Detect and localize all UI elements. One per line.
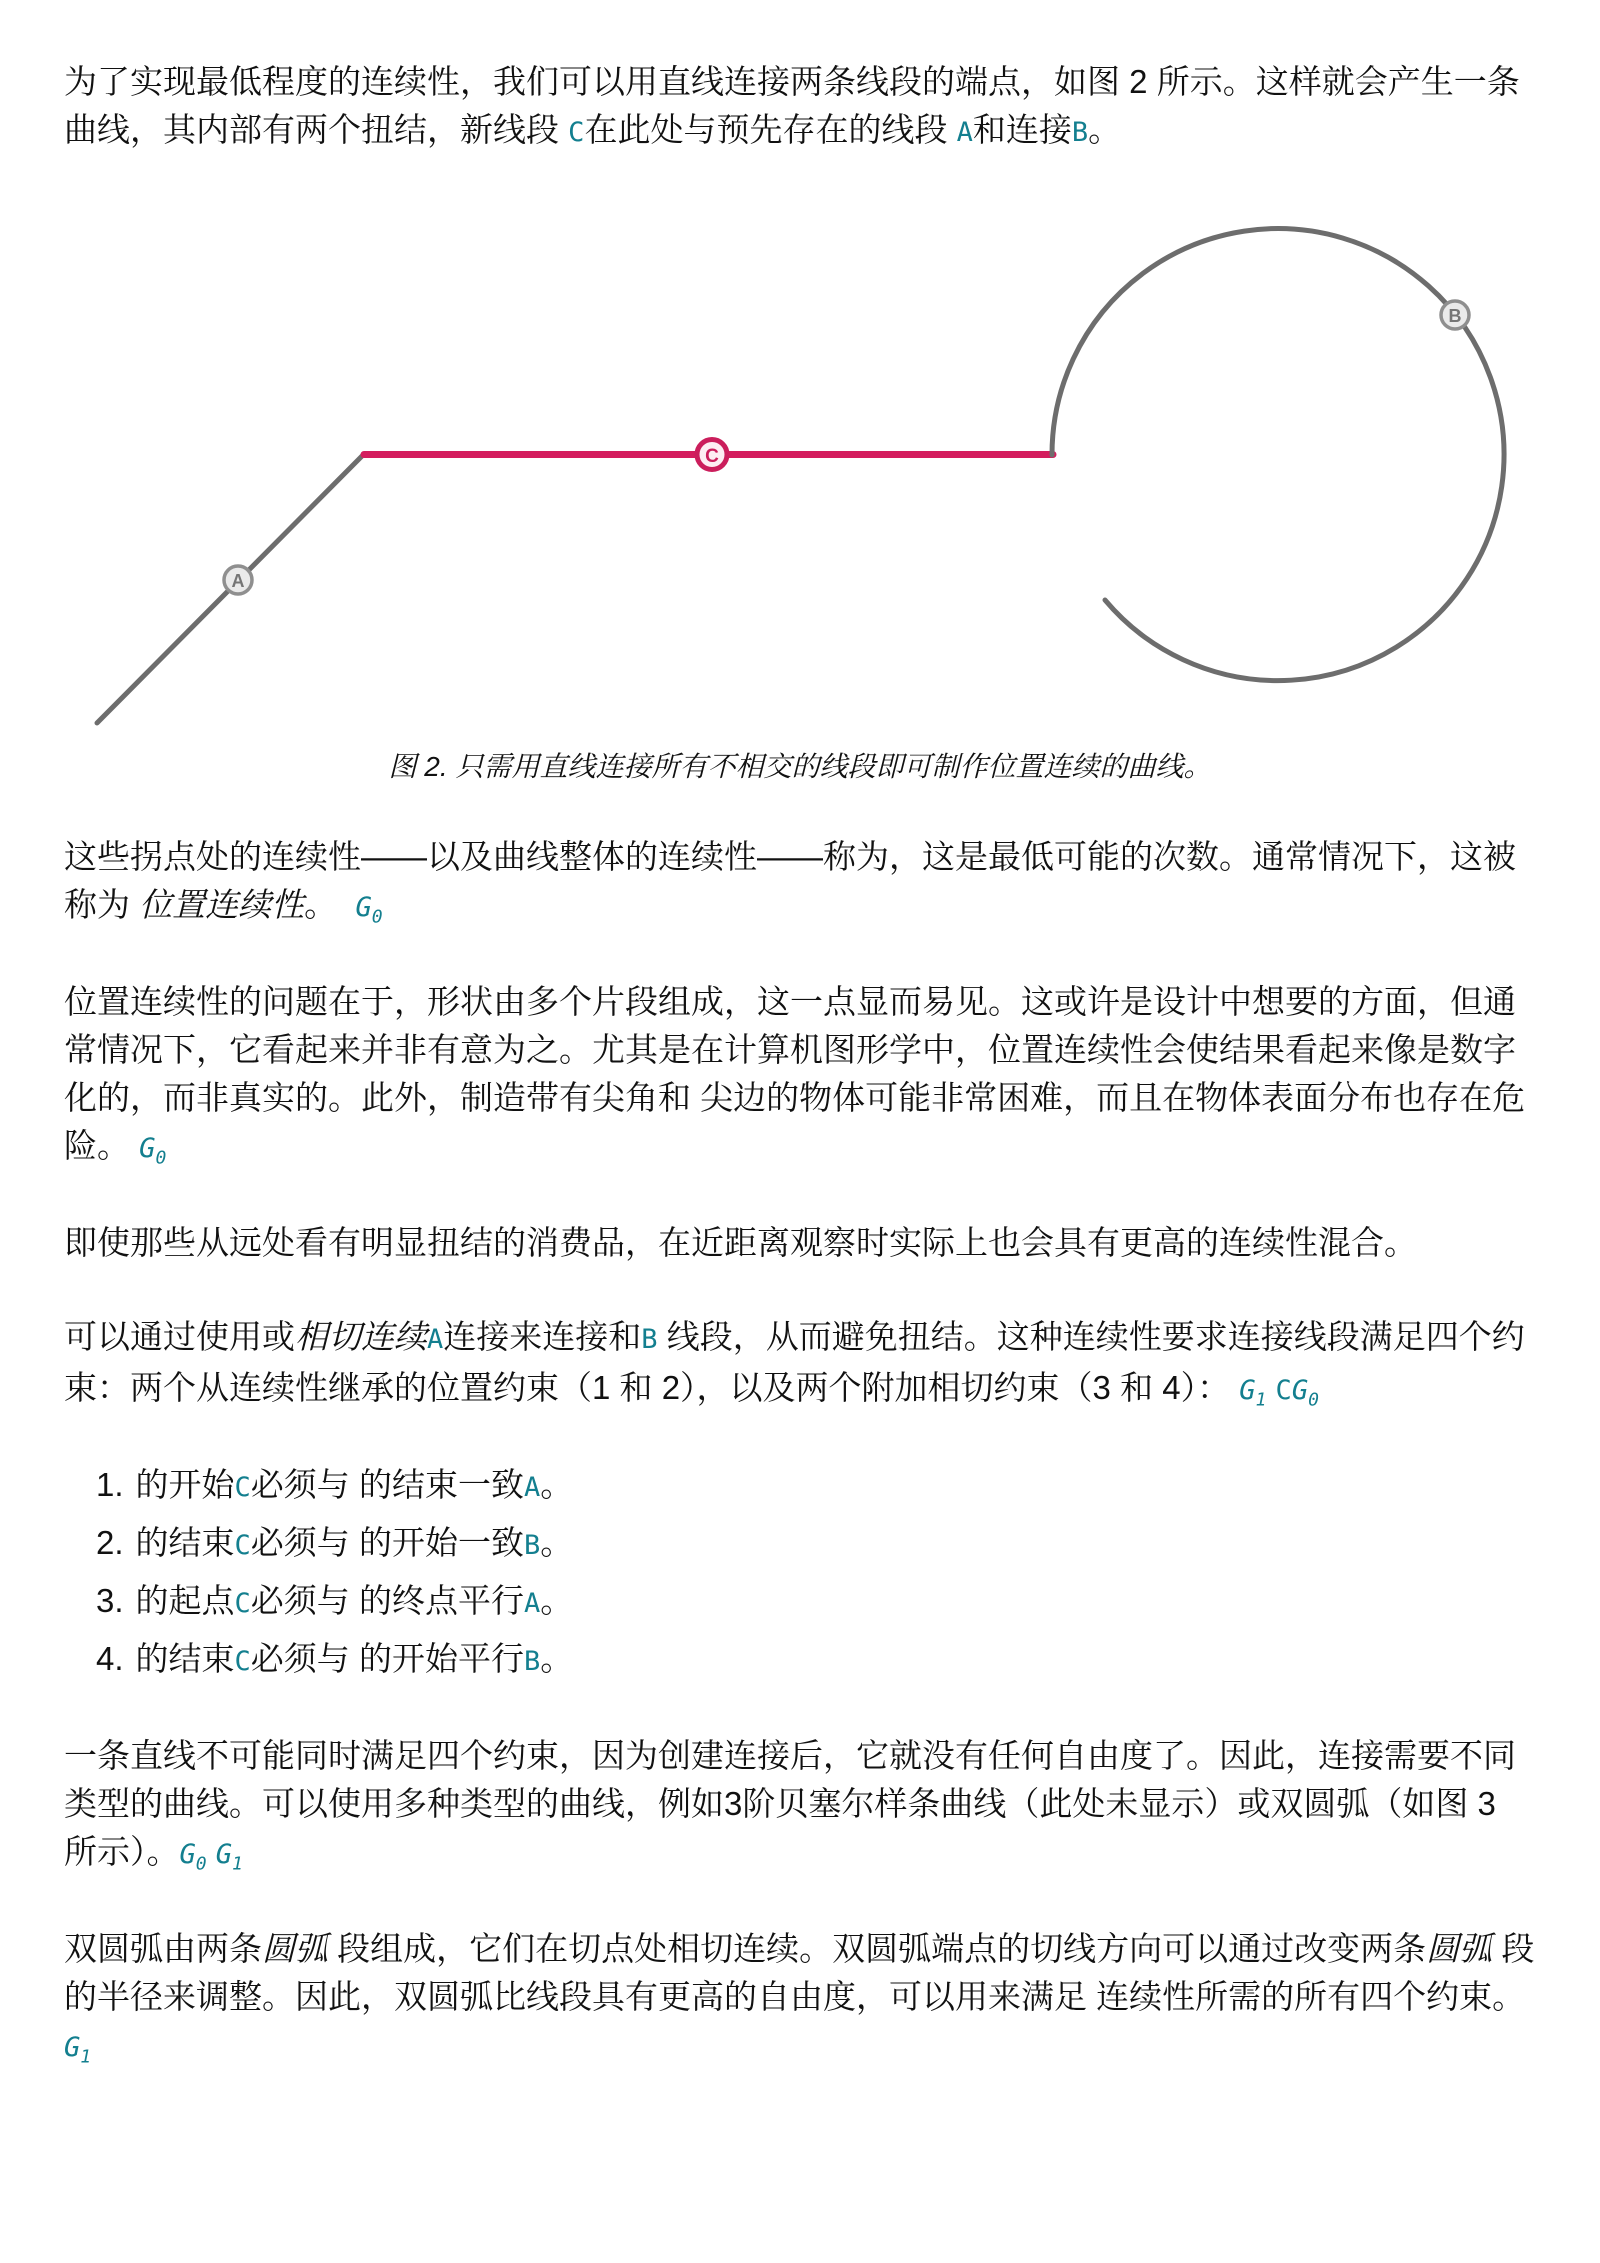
article-page: 为了实现最低程度的连续性，我们可以用直线连接两条线段的端点，如图 2 所示。这样… [0, 0, 1600, 2072]
figure-2-canvas: A B C [0, 163, 1600, 763]
marker-a: A [224, 566, 252, 594]
paragraph-consumer-products: 即使那些从远处看有明显扭结的消费品，在近距离观察时实际上也会具有更高的连续性混合… [64, 1219, 1536, 1267]
paragraph-biarc: 双圆弧由两条圆弧 段组成，它们在切点处相切连续。双圆弧端点的切线方向可以通过改变… [64, 1925, 1536, 2072]
paragraph-line-freedom: 一条直线不可能同时满足四个约束，因为创建连接后，它就没有任何自由度了。因此，连接… [64, 1732, 1536, 1879]
intro-paragraph: 为了实现最低程度的连续性，我们可以用直线连接两条线段的端点，如图 2 所示。这样… [64, 58, 1536, 157]
constraint-text: 的起点C必须与 的终点平行A。 [136, 1582, 574, 1619]
constraint-number: 1. [96, 1466, 124, 1503]
constraint-number: 3. [96, 1582, 124, 1619]
segment-b-arc [1052, 229, 1504, 681]
constraint-number: 2. [96, 1524, 124, 1561]
marker-c: C [697, 440, 727, 470]
marker-b: B [1441, 301, 1469, 329]
paragraph-tangent-continuity: 可以通过使用或相切连续A连接来连接和B 线段，从而避免扭结。这种连续性要求连接线… [64, 1313, 1536, 1415]
constraint-text: 的开始C必须与 的结束一致A。 [136, 1466, 574, 1503]
figure-2: A B C 图 2. 只需用直线连接所有不相交的线段即可制作位置连续的曲线。 [0, 163, 1600, 787]
paragraph-g0-problems: 位置连续性的问题在于，形状由多个片段组成，这一点显而易见。这或许是设计中想要的方… [64, 978, 1536, 1173]
figure-caption: 图 2. 只需用直线连接所有不相交的线段即可制作位置连续的曲线。 [0, 747, 1600, 787]
marker-a-label: A [232, 571, 245, 591]
constraint-text: 的结束C必须与 的开始平行B。 [136, 1640, 574, 1677]
marker-c-label: C [705, 446, 719, 467]
constraint-item-1: 1.的开始C必须与 的结束一致A。 [96, 1461, 1536, 1512]
constraint-item-2: 2.的结束C必须与 的开始一致B。 [96, 1519, 1536, 1570]
constraint-number: 4. [96, 1640, 124, 1677]
marker-b-label: B [1449, 306, 1462, 326]
constraint-text: 的结束C必须与 的开始一致B。 [136, 1524, 574, 1561]
constraints-list: 1.的开始C必须与 的结束一致A。 2.的结束C必须与 的开始一致B。 3.的起… [64, 1461, 1536, 1686]
constraint-item-3: 3.的起点C必须与 的终点平行A。 [96, 1577, 1536, 1628]
paragraph-continuity-naming: 这些拐点处的连续性——以及曲线整体的连续性——称为，这是最低可能的次数。通常情况… [64, 833, 1536, 932]
constraint-item-4: 4.的结束C必须与 的开始平行B。 [96, 1635, 1536, 1686]
